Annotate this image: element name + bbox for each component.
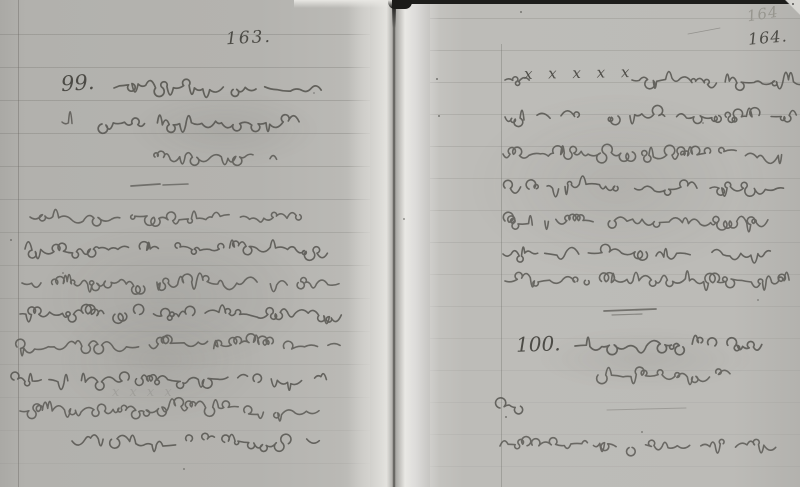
handwritten-line-right-last-line	[500, 437, 776, 456]
handwritten-line-left-heading-3	[154, 151, 277, 165]
handwritten-line-right-line-6	[503, 244, 770, 263]
section-number-99: 99.	[60, 72, 95, 95]
handwritten-line-right-margin-mark	[496, 398, 523, 414]
crossout-x-marks: x x x x x	[524, 65, 634, 82]
dust-specks	[0, 0, 2, 2]
divider-stroke-3	[612, 314, 642, 315]
handwritten-line-left-para-5	[16, 334, 340, 356]
handwritten-line-right-line-5	[503, 212, 768, 232]
handwritten-line-right-line-2	[505, 105, 796, 126]
handwritten-line-left-para-1	[30, 209, 301, 226]
divider-stroke-1	[163, 184, 188, 185]
handwritten-line-right-line-7	[505, 271, 789, 290]
handwritten-line-left-para-2	[25, 240, 335, 260]
handwritten-line-right-heading-100	[575, 335, 762, 354]
divider-stroke-5	[688, 28, 720, 34]
handwritten-line-right-subheading	[597, 367, 730, 384]
handwritten-line-left-para-8	[72, 433, 319, 451]
divider-stroke-4	[607, 408, 686, 410]
left-page-number: 163.	[226, 29, 273, 48]
handwritten-line-left-para-3	[22, 273, 339, 294]
handwritten-line-right-line-4	[504, 176, 784, 197]
section-number-100: 100.	[516, 333, 561, 355]
left-ghost-cross-marks: x x x x	[112, 386, 175, 399]
handwritten-line-right-line-1b	[632, 72, 800, 91]
handwriting-layer	[0, 0, 800, 487]
handwritten-line-right-line-3	[503, 144, 795, 163]
divider-stroke-2	[604, 309, 656, 311]
handwritten-line-left-para-4	[20, 304, 341, 323]
handwritten-line-left-heading-2	[98, 115, 299, 134]
scanned-book-spread: 163. 99. x x x x 164 164. x x x x x 100.	[0, 0, 800, 487]
handwritten-line-left-para-7	[20, 398, 319, 421]
divider-stroke-0	[131, 184, 160, 186]
handwritten-line-left-heading-2f	[62, 112, 72, 124]
handwritten-line-left-heading-1	[114, 79, 321, 97]
right-page-number: 164.	[747, 28, 788, 47]
